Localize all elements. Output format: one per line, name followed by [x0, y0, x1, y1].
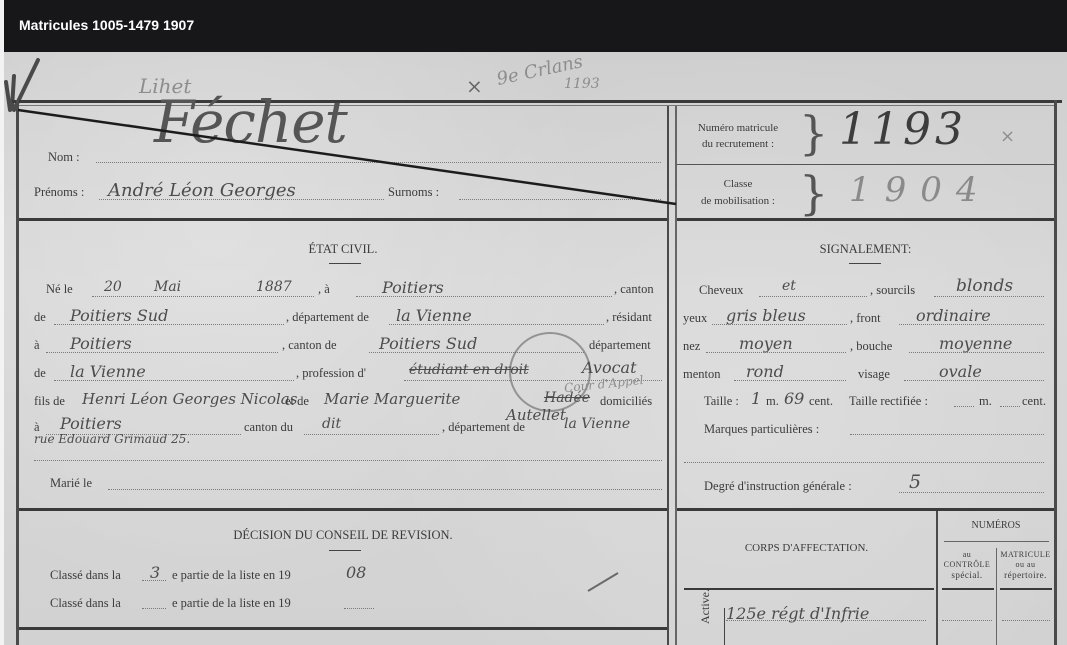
- marie-label: Marié le: [50, 476, 92, 491]
- canton-label: , canton: [614, 282, 654, 297]
- mother-name: Marie Marguerite: [324, 390, 460, 408]
- degre-line: [899, 492, 1044, 493]
- fils-de-label: fils de: [34, 394, 65, 409]
- pencil-mark-icon: [584, 567, 624, 597]
- frame-right: [1054, 100, 1057, 645]
- bouche-label: , bouche: [850, 339, 892, 354]
- marques-line: [850, 434, 1044, 435]
- taille-cent-value: 69: [784, 389, 804, 408]
- parents-departement: la Vienne: [564, 416, 630, 432]
- cheveux-line: [759, 296, 867, 297]
- de-label: de: [34, 310, 46, 325]
- residence: Poitiers: [70, 334, 132, 353]
- decision-rule: [329, 550, 361, 551]
- parents-canton-line: [304, 434, 439, 435]
- decision-title: DÉCISION DU CONSEIL DE REVISION.: [19, 528, 667, 543]
- affectation-bracket: [724, 608, 725, 645]
- et-de-label: et de: [285, 394, 309, 409]
- residence-canton: Poitiers Sud: [379, 334, 477, 353]
- taille-m-label: m.: [766, 394, 779, 409]
- marques-line-2: [684, 462, 1044, 463]
- taille-rect-m-line: [954, 406, 974, 407]
- matricule-label-2: du recrutement :: [678, 138, 798, 150]
- degre-value: 5: [909, 471, 921, 493]
- classe1-part-line: [142, 580, 166, 581]
- col2-line: [1002, 620, 1050, 621]
- departement-label: , département de: [286, 310, 369, 325]
- residence-line: [46, 352, 278, 353]
- front-value: ordinaire: [916, 306, 991, 325]
- classe2-label: Classé dans la: [50, 596, 121, 611]
- header-divider-right: [677, 218, 1054, 221]
- corps-title: CORPS D'AFFECTATION.: [677, 542, 936, 554]
- taille-rect-cent-label: cent.: [1022, 394, 1046, 409]
- marques-label: Marques particulières :: [704, 422, 819, 437]
- decision-divider-bottom: [19, 627, 667, 630]
- etat-civil-title: ÉTAT CIVIL.: [19, 242, 667, 257]
- corps-header-rule: [684, 588, 934, 590]
- departement2-label: département: [589, 338, 651, 353]
- birth-departement: la Vienne: [396, 306, 472, 325]
- classe1-liste-label: e partie de la liste en 19: [172, 568, 291, 583]
- birth-year: 1887: [256, 279, 292, 295]
- col2-line3: répertoire.: [997, 570, 1054, 580]
- parents-address: rue Edouard Grimaud 25.: [34, 432, 190, 446]
- a-label: , à: [318, 282, 330, 297]
- document-title: Matricules 1005-1479 1907: [19, 17, 194, 33]
- birth-canton-line: [54, 324, 284, 325]
- taille-rect-m-label: m.: [979, 394, 992, 409]
- marie-line: [108, 489, 662, 490]
- a2-label: à: [34, 338, 40, 353]
- col2-line1: MATRICULE: [997, 550, 1054, 559]
- matricule-mark: ×: [1000, 126, 1015, 147]
- classe-label-1: Classe: [678, 178, 798, 190]
- matricule-brace: }: [799, 110, 828, 156]
- sourcils-line: [934, 296, 1044, 297]
- menton-label: menton: [683, 367, 721, 382]
- col2-header-rule: [1000, 588, 1052, 590]
- document-viewer[interactable]: Lihet × 9e Crlans 1193 Féchet Nom : Prén…: [4, 52, 1067, 645]
- classe1-label: Classé dans la: [50, 568, 121, 583]
- header-right-divider: [677, 164, 1054, 165]
- header-divider-left: [19, 218, 667, 221]
- father-name: Henri Léon Georges Nicolas: [82, 390, 297, 408]
- nez-line: [706, 352, 846, 353]
- affectation-side-label: Active.: [698, 589, 713, 624]
- taille-rectifiee-label: Taille rectifiée :: [849, 394, 928, 409]
- bouche-line: [909, 352, 1044, 353]
- departement3-label: , département de: [442, 420, 525, 435]
- etat-civil-rule: [329, 263, 361, 264]
- yeux-line: [712, 324, 847, 325]
- birth-canton: Poitiers Sud: [70, 306, 168, 325]
- birth-departement-line: [389, 324, 604, 325]
- matricule-label-1: Numéro matricule: [678, 122, 798, 134]
- corps-line: [726, 620, 926, 621]
- classe1-year: 08: [346, 563, 366, 582]
- residant-label: , résidant: [606, 310, 652, 325]
- bouche-value: moyenne: [939, 334, 1012, 353]
- taille-label: Taille :: [704, 394, 739, 409]
- affectation-divider-top: [677, 508, 1054, 511]
- canton-de-label: , canton de: [282, 338, 337, 353]
- birth-day: 20: [104, 279, 122, 295]
- classe-value: 1904: [849, 170, 992, 210]
- canton-du-label: canton du: [244, 420, 293, 435]
- numeros-title: NUMÉROS: [938, 520, 1054, 531]
- col1-line1: au: [938, 550, 996, 559]
- visage-line: [904, 380, 1044, 381]
- cheveux-value: et: [782, 278, 796, 294]
- signalement-rule: [849, 263, 881, 264]
- col2-line2: ou au: [997, 560, 1054, 569]
- sourcils-value: blonds: [956, 276, 1013, 296]
- mother-struck: Hadée: [544, 390, 590, 406]
- col1-line3: spécial.: [938, 570, 996, 580]
- taille-rect-cent-line: [1000, 406, 1020, 407]
- residence-departement-line: [54, 380, 294, 381]
- cheveux-label: Cheveux: [699, 283, 743, 298]
- title-bar: Matricules 1005-1479 1907: [0, 0, 1067, 52]
- parents-canton: dit: [322, 416, 341, 432]
- nez-value: moyen: [739, 334, 793, 353]
- profession-label: , profession d': [296, 366, 366, 381]
- profession-struck: étudiant en droit: [409, 362, 529, 378]
- ne-le-label: Né le: [46, 282, 73, 297]
- de2-label: de: [34, 366, 46, 381]
- sourcils-label: , sourcils: [870, 283, 915, 298]
- menton-line: [734, 380, 846, 381]
- numeros-rule: [944, 541, 1049, 542]
- classe2-year-line: [344, 608, 374, 609]
- classe2-liste-label: e partie de la liste en 19: [172, 596, 291, 611]
- residence-departement: la Vienne: [70, 362, 146, 381]
- col1-line: [942, 620, 992, 621]
- signalement-title: SIGNALEMENT:: [677, 242, 1054, 257]
- birth-place-line: [356, 296, 612, 297]
- cancellation-line: [4, 52, 704, 252]
- degre-label: Degré d'instruction générale :: [704, 479, 852, 494]
- visage-label: visage: [858, 367, 890, 382]
- matricule-value: 1193: [839, 104, 967, 155]
- front-label: , front: [850, 311, 881, 326]
- col1-header-rule: [942, 588, 994, 590]
- nez-label: nez: [683, 339, 700, 354]
- birth-month: Mai: [154, 279, 181, 295]
- birth-place: Poitiers: [382, 278, 444, 297]
- yeux-label: yeux: [683, 311, 707, 326]
- front-line: [899, 324, 1044, 325]
- taille-cent-label: cent.: [809, 394, 833, 409]
- taille-m-value: 1: [751, 389, 761, 408]
- menton-value: rond: [746, 362, 784, 381]
- col1-line2: CONTRÔLE: [938, 560, 996, 569]
- classe2-part-line: [142, 608, 166, 609]
- visage-value: ovale: [939, 362, 982, 381]
- etat-civil-bottom-line: [34, 460, 662, 461]
- birth-date-line: [92, 296, 314, 297]
- classe-brace: }: [799, 170, 828, 216]
- domicilies-label: domiciliés: [600, 394, 652, 409]
- yeux-value: gris bleus: [726, 306, 806, 325]
- parents-place: Poitiers: [60, 414, 122, 433]
- classe-label-2: de mobilisation :: [678, 195, 798, 207]
- decision-divider-top: [19, 508, 667, 511]
